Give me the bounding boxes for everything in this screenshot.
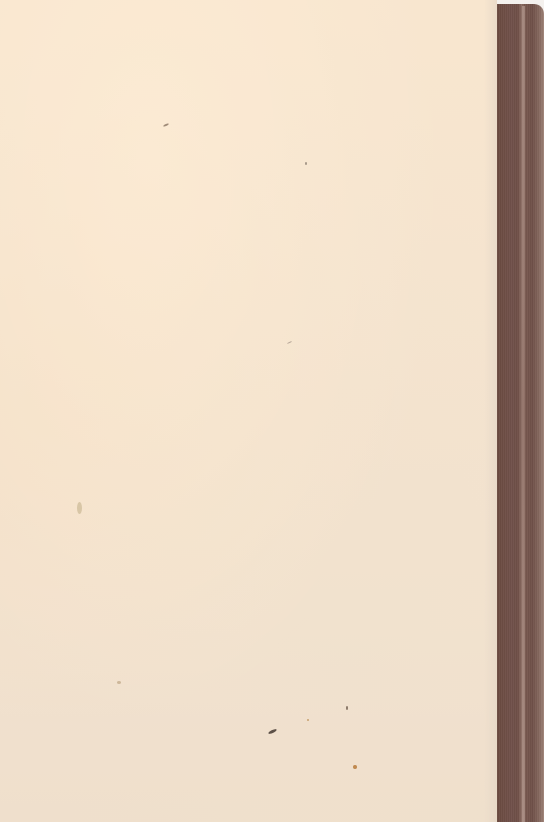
paper-speck: [117, 681, 121, 684]
book-back-cover: [0, 0, 544, 822]
paper-edge-shadow: [484, 0, 497, 822]
spine-crease: [522, 6, 525, 822]
paper-speck: [307, 719, 309, 721]
paper-speck: [77, 502, 82, 514]
cloth-spine: [497, 4, 544, 822]
paper-speck: [305, 162, 307, 165]
cover-paper: [0, 0, 497, 822]
paper-speck: [346, 706, 348, 710]
paper-speck: [353, 765, 357, 769]
